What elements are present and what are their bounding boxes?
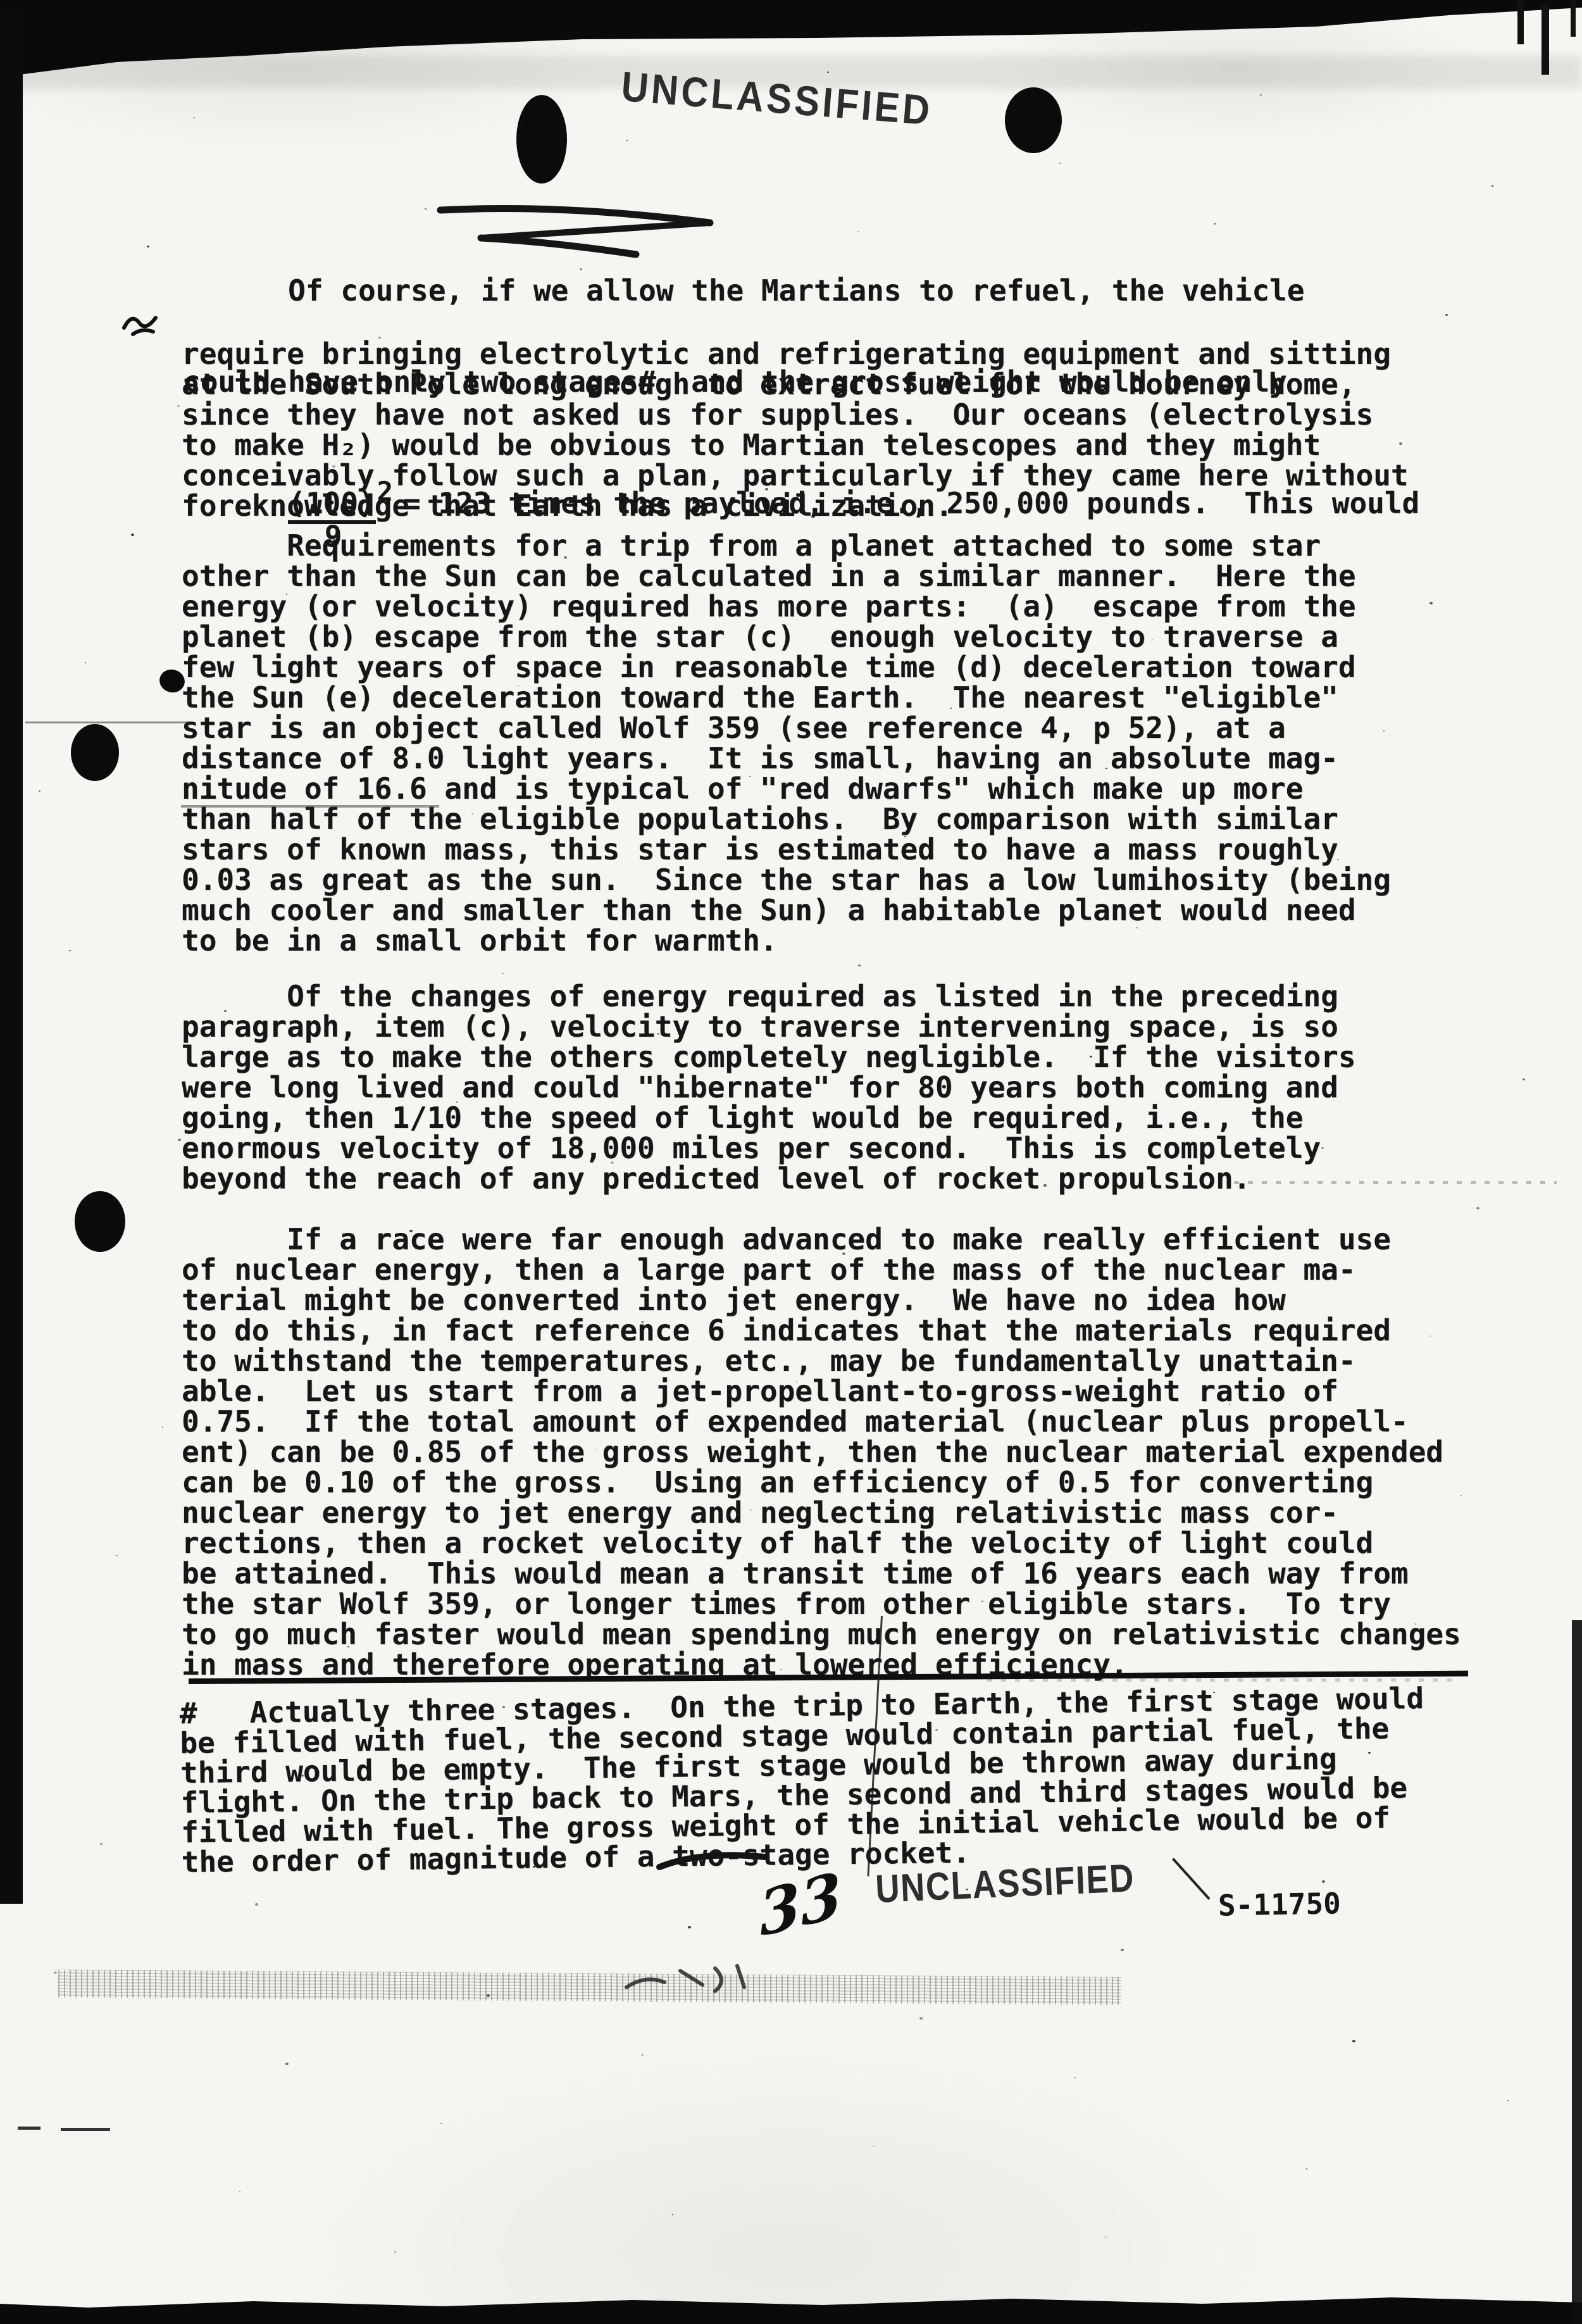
punch-hole-top-left [516, 95, 567, 184]
speck [1461, 1495, 1462, 1496]
document-number: S-11750 [1218, 1886, 1342, 1922]
handwritten-stroke-above-page-number [656, 1847, 769, 1876]
speck [178, 1139, 181, 1141]
speck [935, 1729, 938, 1731]
page-number: 33 [757, 1858, 844, 1951]
speck [1214, 223, 1216, 225]
speck [749, 776, 751, 777]
speck [595, 1449, 596, 1451]
scan-line-artifact [25, 722, 191, 723]
speck [688, 1926, 691, 1928]
speck [857, 231, 859, 232]
speck [394, 2251, 396, 2252]
speck [39, 790, 40, 792]
speck [1213, 1692, 1215, 1693]
speck [580, 268, 582, 270]
speck [425, 208, 427, 209]
speck [1028, 1472, 1029, 1473]
speck [224, 1010, 227, 1012]
speck [394, 1518, 395, 1519]
speck [1383, 730, 1385, 732]
speck [85, 662, 86, 663]
speck [255, 1903, 258, 1906]
speck [363, 1358, 364, 1359]
speck [502, 1706, 505, 1708]
speck [1059, 163, 1061, 164]
margin-scribble [120, 309, 165, 340]
speck [750, 1509, 752, 1511]
speck [1074, 2077, 1076, 2078]
speck [286, 594, 287, 595]
speck [1090, 1056, 1092, 1058]
speck [1352, 2040, 1355, 2042]
speck [1229, 1404, 1230, 1405]
speck [332, 465, 335, 468]
speck [858, 965, 861, 966]
speck [796, 1381, 797, 1382]
smudge-trail [1234, 1181, 1557, 1184]
speck [316, 753, 318, 754]
speck [888, 1124, 891, 1126]
speck [1399, 442, 1402, 445]
paragraph-1-continued: require bringing electrolytic and refrig… [182, 339, 1504, 521]
speck [1476, 1207, 1479, 1209]
punch-hole-margin-1 [71, 724, 119, 781]
speck [1121, 1949, 1124, 1951]
speck [1136, 927, 1138, 928]
speck [208, 1298, 211, 1301]
speck [873, 2146, 875, 2147]
paragraph-3: Of the changes of energy required as lis… [182, 981, 1504, 1194]
pen-dash [18, 2127, 40, 2130]
speck [518, 685, 519, 686]
speck [378, 337, 381, 339]
speck [456, 1101, 458, 1103]
speck [38, 57, 39, 58]
speck [1183, 1532, 1185, 1534]
speck [177, 405, 180, 407]
speck [1492, 185, 1493, 187]
speck [131, 534, 134, 536]
speck [966, 1889, 968, 1890]
speck [734, 1797, 737, 1799]
speck [1260, 94, 1262, 96]
speck [285, 2063, 289, 2065]
speck [1429, 602, 1433, 604]
speck [1322, 1880, 1325, 1883]
speck [966, 420, 969, 422]
speck [1275, 1275, 1278, 1278]
punch-hole-top-right [1005, 87, 1062, 153]
speck [239, 2191, 240, 2192]
scan-edge-bottom [0, 2296, 1582, 2324]
speck [811, 359, 814, 361]
speck [1198, 511, 1201, 513]
speck [54, 1971, 57, 1974]
paragraph-4: If a race were far enough advanced to ma… [182, 1224, 1504, 1680]
scan-streak [1542, 4, 1549, 75]
speck [270, 882, 272, 883]
paragraph-2: Requirements for a trip from a planet at… [182, 530, 1504, 956]
speck [533, 1866, 535, 1868]
speck [564, 556, 567, 559]
speck [1244, 382, 1247, 384]
scan-edge-right [1572, 1620, 1582, 2324]
speck [116, 1555, 118, 1556]
speck [193, 117, 195, 118]
speck [440, 2123, 442, 2124]
speck [347, 1646, 349, 1647]
speck [69, 950, 71, 951]
speck [703, 904, 705, 906]
speck [765, 488, 768, 490]
speck [950, 708, 952, 709]
speck [1430, 1335, 1431, 1337]
speck [1012, 291, 1015, 293]
speck [981, 1601, 983, 1602]
strike-artifact [181, 805, 439, 808]
scan-streak [1571, 0, 1576, 37]
speck [827, 72, 829, 73]
speck [471, 813, 473, 815]
speck [409, 1230, 413, 1232]
speck [1321, 1147, 1324, 1149]
speck [502, 973, 504, 974]
speck [549, 1578, 551, 1579]
speck [641, 1321, 644, 1323]
speck [1368, 1752, 1371, 1754]
speck [1507, 2100, 1509, 2101]
speck [904, 836, 906, 837]
speck [719, 616, 720, 618]
speck [1106, 768, 1107, 769]
speck [1306, 2168, 1307, 2170]
text-line: Of course, if we allow the Martians to r… [183, 275, 1505, 306]
speck [842, 1253, 845, 1255]
speck [1152, 639, 1153, 640]
speck [919, 2017, 923, 2020]
speck [1414, 1623, 1416, 1625]
speck [1445, 314, 1448, 316]
speck [301, 1775, 304, 1777]
speck [1167, 1820, 1169, 1822]
speck [657, 1033, 659, 1035]
pen-dash [61, 2128, 110, 2131]
scanned-document-page: UNCLASSIFIED Of course, if we allow the … [0, 0, 1582, 2324]
speck [642, 2054, 643, 2056]
speck [1523, 1078, 1525, 1080]
speck [611, 1161, 614, 1164]
speck [1337, 859, 1339, 860]
scan-streak [1517, 0, 1524, 44]
scan-edge-left [0, 10, 23, 1904]
speck [487, 1994, 490, 1997]
speck [1105, 2237, 1106, 2238]
footer-scratch-marks [620, 1949, 759, 2006]
speck [997, 579, 1000, 582]
speck [162, 1427, 163, 1428]
speck [780, 1669, 782, 1670]
smudge-trail [987, 1678, 1455, 1682]
speck [672, 2214, 673, 2215]
speck [100, 1843, 103, 1845]
speck [1043, 1184, 1047, 1187]
scan-noise-band [58, 1970, 1121, 2005]
speck [1291, 987, 1293, 989]
punch-hole-margin-2 [75, 1191, 125, 1252]
footnote-text: # Actually three stages. On the trip to … [180, 1682, 1504, 1877]
speck [147, 246, 149, 247]
speck [626, 140, 628, 141]
